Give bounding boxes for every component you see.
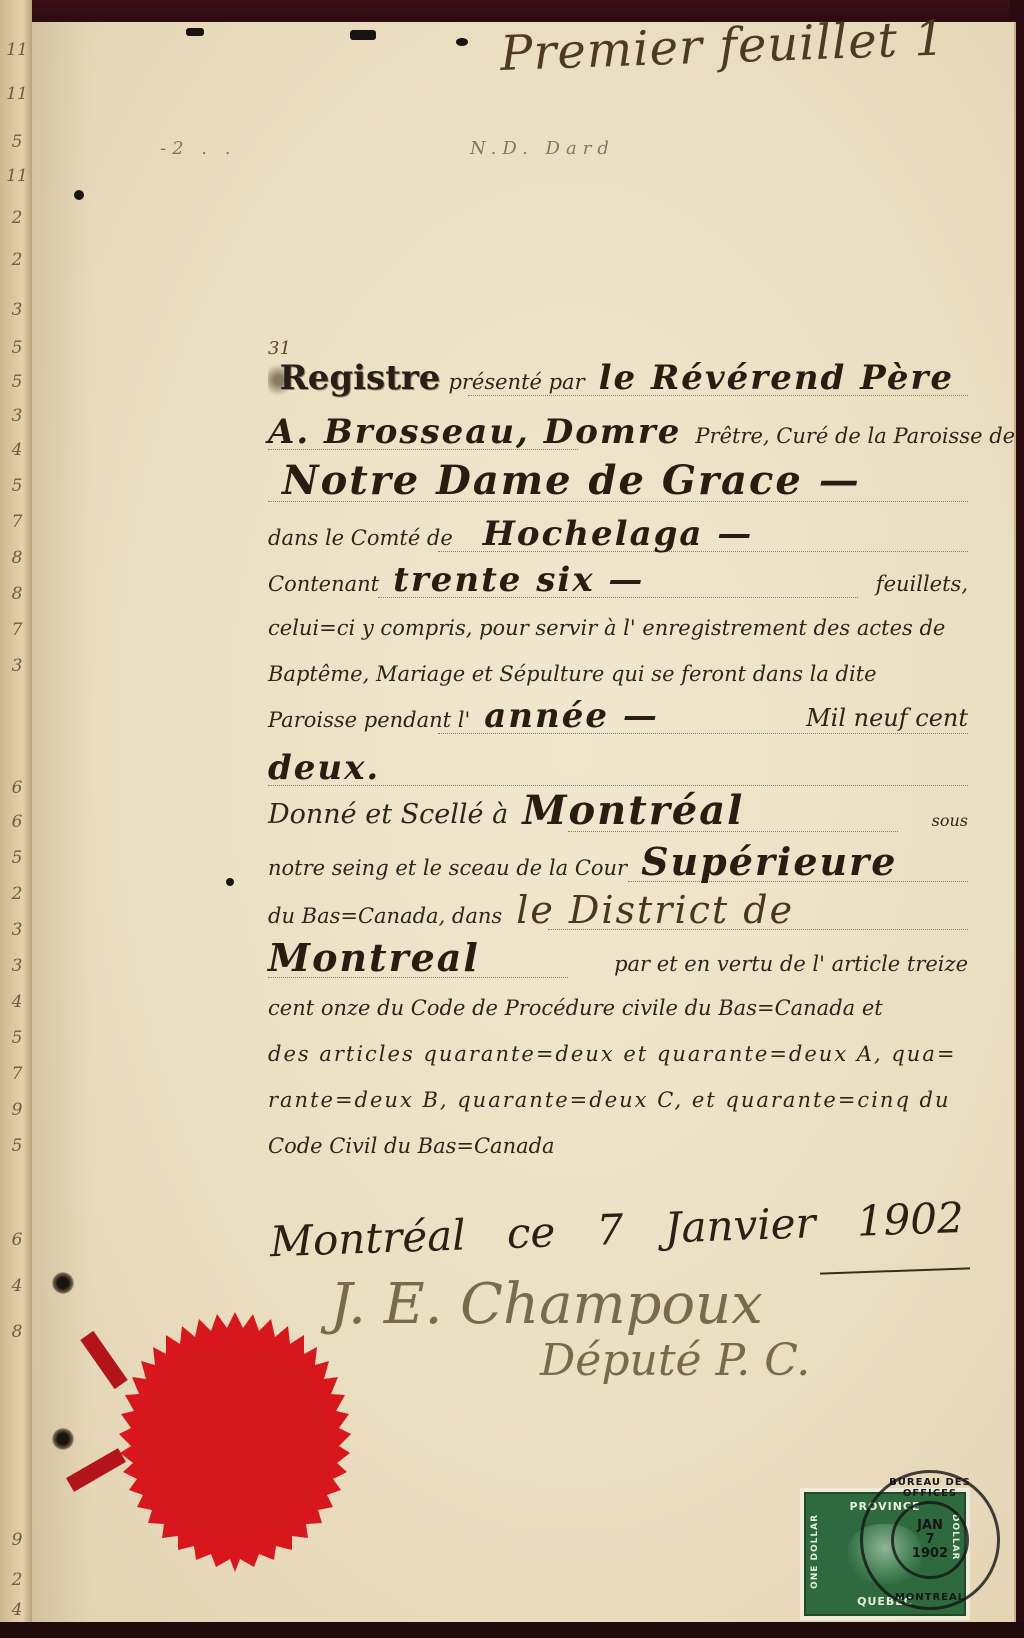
date-word: ce [506,1207,556,1258]
form-line-leaves: Contenant trente six — feuillets, [268,556,968,602]
printed-text: par et en vertu de l' article treize [614,952,968,982]
postmark-day: 7 [925,1533,934,1547]
signature: J. E. Champoux [330,1272,763,1337]
margin-number: 5 [4,476,30,496]
printed-text: cent onze du Code de Procédure civile du… [268,996,883,1026]
margin-number: 5 [4,1136,30,1156]
margin-number: 4 [4,992,30,1012]
margin-number: 6 [4,778,30,798]
form-line-district-name: Montreal par et en vertu de l' article t… [268,936,968,982]
postmark-date: JAN 7 1902 [891,1501,969,1579]
handwritten-entry: le Révérend Père [585,358,968,400]
date-month: Janvier [664,1198,817,1252]
handwritten-entry: Montreal [268,935,494,982]
printed-text: du Bas=Canada, dans [268,904,502,934]
printed-text: rante=deux B, quarante=deux C, et quaran… [268,1088,951,1118]
form-line-district: du Bas=Canada, dans le District de [268,888,968,934]
printed-text: celui=ci y compris, pour servir à l' enr… [268,616,945,646]
postmark-ring-top: BUREAU DES OFFICES [863,1477,997,1499]
handwritten-entry: année — [470,696,673,738]
signature-title: Député P. C. [540,1335,810,1386]
handwritten-entry: Montréal [508,787,758,836]
margin-number: 11 [4,84,30,104]
printed-text: Mil neuf cent [806,704,968,738]
margin-number: 8 [4,584,30,604]
book-binding-bottom [0,1622,1024,1638]
handwritten-entry: deux. [268,748,394,790]
handwritten-entry: le District de [502,888,808,934]
handwritten-entry: Supérieure [627,839,911,886]
date-place: Montréal [269,1210,466,1266]
postmark-cancel: BUREAU DES OFFICES JAN 7 1902 MONTREAL [860,1470,1000,1610]
printed-text: feuillets, [876,572,968,602]
form-line-court: notre seing et le sceau de la Cour Supér… [268,840,968,886]
postmark-year: 1902 [912,1547,948,1561]
form-line-purpose: celui=ci y compris, pour servir à l' enr… [268,600,968,646]
margin-number: 8 [4,548,30,568]
postmark-ring-bottom: MONTREAL [863,1592,997,1603]
form-line-given-sealed: Donné et Scellé à Montréal sous [268,790,968,836]
binding-mark [350,30,376,40]
printed-text: présenté par [448,370,584,400]
previous-page-edge: 11 11 5 11 2 2 3 5 5 3 4 5 7 8 8 7 3 6 6… [0,0,32,1638]
form-line-acts: Baptême, Mariage et Sépulture qui se fer… [268,646,968,692]
printed-text: des articles quarante=deux et quarante=d… [268,1042,956,1072]
ink-spot [74,190,84,200]
binding-hole [52,1272,74,1294]
form-line-parish: Notre Dame de Grace — [268,460,968,506]
margin-number: 7 [4,620,30,640]
form-line-articles: des articles quarante=deux et quarante=d… [268,1026,968,1072]
handwritten-entry: Hochelaga — [453,514,767,556]
margin-number: 5 [4,1028,30,1048]
postmark-month: JAN [917,1519,943,1533]
stamp-side-label: ONE DOLLAR [810,1514,820,1589]
margin-number: 5 [4,848,30,868]
printed-text: notre seing et le sceau de la Cour [268,856,627,886]
margin-number: 5 [4,338,30,358]
faded-note: -2 . . [160,138,236,159]
margin-number: 5 [4,132,30,152]
margin-number: 6 [4,1230,30,1250]
margin-number: 2 [4,884,30,904]
margin-number: 11 [4,40,30,60]
margin-number: 3 [4,956,30,976]
margin-number: 8 [4,1322,30,1342]
faded-note: N.D. Dard [470,138,615,159]
binding-hole [52,1428,74,1450]
red-wax-seal-icon [100,1310,370,1580]
handwritten-entry: trente six — [379,560,658,602]
margin-number: 7 [4,1064,30,1084]
margin-number: 3 [4,920,30,940]
margin-number: 4 [4,440,30,460]
margin-number: 5 [4,372,30,392]
margin-number: 4 [4,1600,30,1620]
margin-number: 3 [4,300,30,320]
margin-number: 11 [4,166,30,186]
binding-mark [456,38,468,46]
printed-text: Baptême, Mariage et Sépulture qui se fer… [268,662,877,692]
form-line-year: Paroisse pendant l' année — Mil neuf cen… [268,692,968,738]
form-line-civil-code: Code Civil du Bas=Canada [268,1118,968,1164]
printed-text: Contenant [268,572,379,602]
printed-text: Prêtre, Curé de la Paroisse de [695,424,1015,454]
printed-text: dans le Comté de [268,526,453,556]
margin-number: 4 [4,1276,30,1296]
form-line-articles-cont: rante=deux B, quarante=deux C, et quaran… [268,1072,968,1118]
ink-spot [226,878,234,886]
handwritten-entry: A. Brosseau, Domre [268,412,695,454]
registre-title: Registre [279,358,440,400]
binding-mark [186,28,204,36]
margin-number: 2 [4,250,30,270]
form-line-code-procedure: cent onze du Code de Procédure civile du… [268,980,968,1026]
margin-number: 3 [4,656,30,676]
date-day: 7 [596,1205,624,1255]
form-line-presented-by: Registre présenté par le Révérend Père [268,354,968,400]
printed-text: Paroisse pendant l' [268,708,470,738]
margin-number: 6 [4,812,30,832]
printed-text: Code Civil du Bas=Canada [268,1134,555,1164]
printed-text: sous [932,811,968,836]
form-line-county: dans le Comté de Hochelaga — [268,510,968,556]
margin-number: 9 [4,1100,30,1120]
form-line-priest: A. Brosseau, Domre Prêtre, Curé de la Pa… [268,408,968,454]
margin-number: 7 [4,512,30,532]
margin-number: 2 [4,208,30,228]
margin-number: 3 [4,406,30,426]
margin-number: 9 [4,1530,30,1550]
handwritten-entry: Notre Dame de Grace — [268,457,875,506]
date-year: 1902 [856,1193,965,1246]
form-line-year-cont: deux. [268,744,968,790]
margin-number: 2 [4,1570,30,1590]
printed-text: Donné et Scellé à [268,799,508,836]
